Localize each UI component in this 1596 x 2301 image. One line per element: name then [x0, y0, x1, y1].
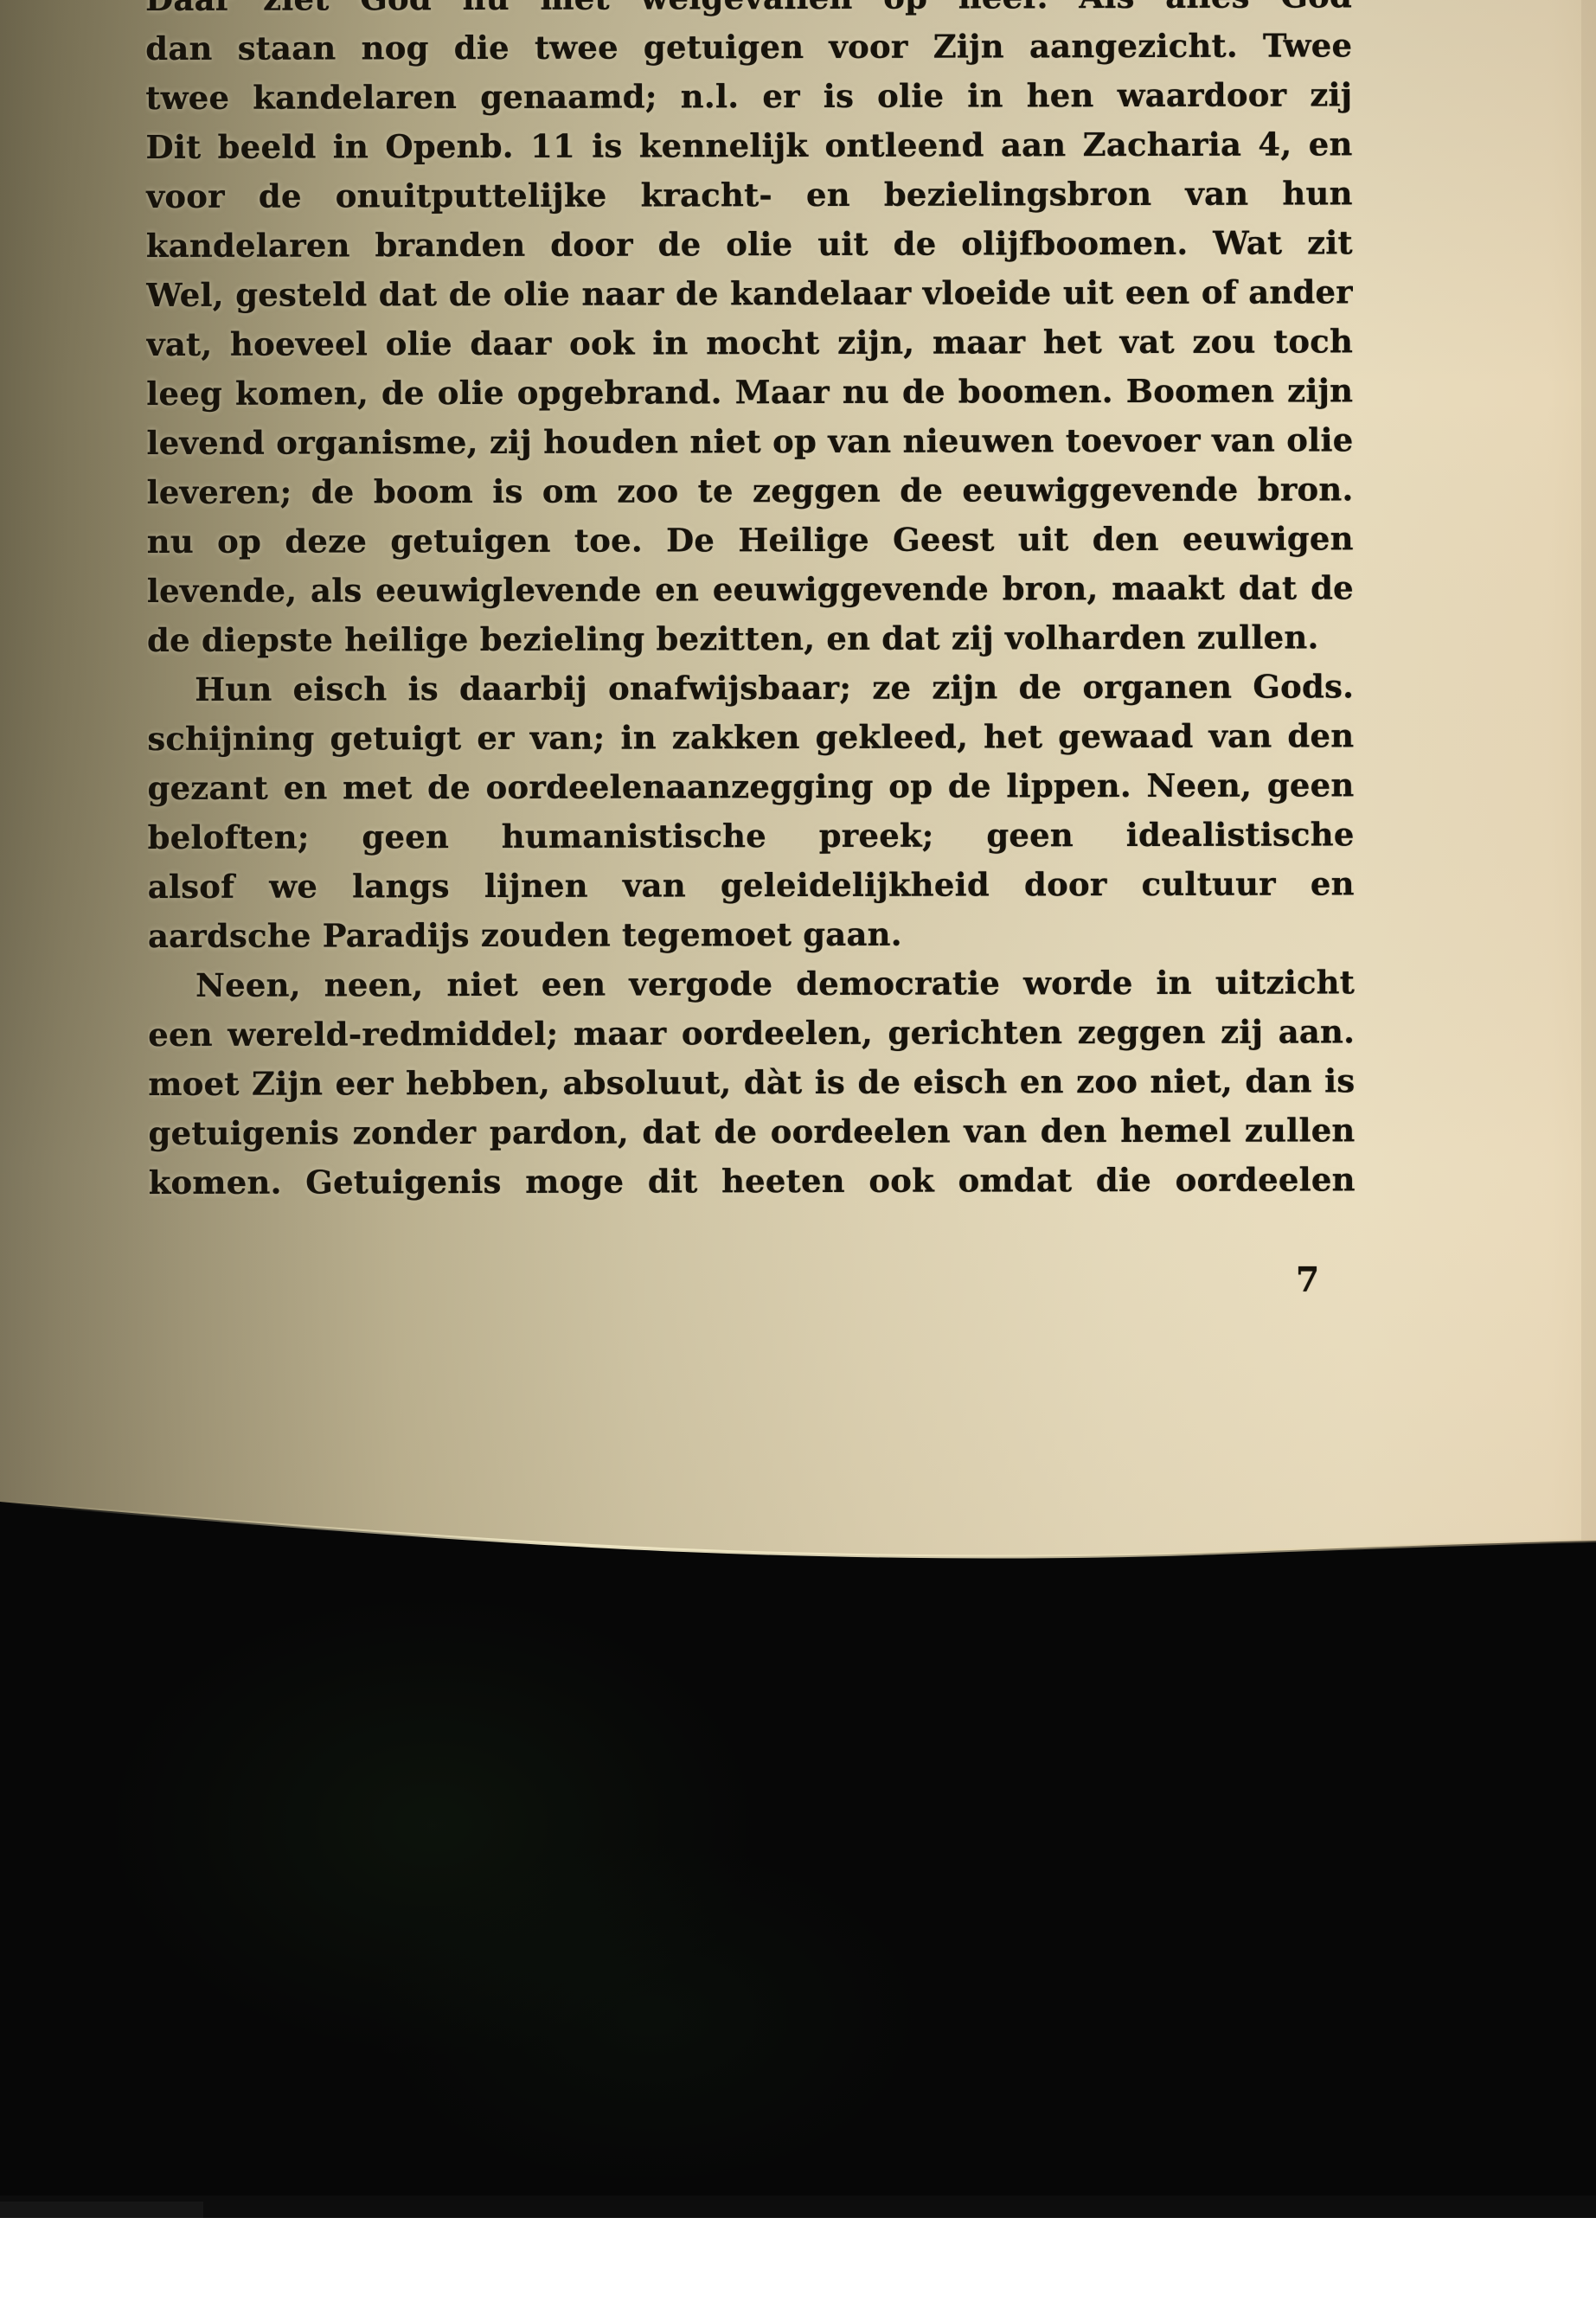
text-line: kandelaren branden door de olie uit de o…: [146, 218, 1353, 271]
text-line: Daar ziet God nu met welgevallen op neer…: [145, 0, 1352, 24]
text-line: twee kandelaren genaamd; n.l. er is olie…: [145, 70, 1352, 123]
text-line: Dit beeld in Openb. 11 is kennelijk ontl…: [145, 119, 1352, 172]
text-line: dan staan nog die twee getuigen voor Zij…: [145, 21, 1352, 74]
scan-bottom-left-patch: [0, 2202, 203, 2218]
page-number: 7: [1296, 1259, 1348, 1302]
book-page-scan: Daar ziet God nu met welgevallen op neer…: [0, 0, 1596, 2218]
text-line: een wereld-redmiddel; maar oordeelen, ge…: [148, 1007, 1355, 1060]
text-line: voor de onuitputtelijke kracht- en bezie…: [146, 169, 1353, 221]
text-line: Wel, gesteld dat de olie naar de kandela…: [146, 267, 1353, 320]
text-line: getuigenis zonder pardon, dat de oordeel…: [148, 1106, 1355, 1158]
text-line: gezant en met de oordeelenaanzegging op …: [147, 760, 1354, 813]
text-line: levende, als eeuwiglevende en eeuwiggeve…: [147, 563, 1354, 616]
text-line: leveren; de boom is om zoo te zeggen de …: [146, 465, 1353, 517]
scan-bottom-edge-strip: [0, 2195, 1596, 2218]
text-line: komen. Getuigenis moge dit heeten ook om…: [149, 1155, 1356, 1208]
text-line: Hun eisch is daarbij onafwijsbaar; ze zi…: [147, 662, 1354, 715]
text-line: nu op deze getuigen toe. De Heilige Gees…: [147, 514, 1354, 567]
text-line: beloften; geen humanistische preek; geen…: [148, 810, 1355, 862]
text-line: vat, hoeveel olie daar ook in mocht zijn…: [146, 317, 1353, 369]
text-line: Neen, neen, niet een vergode democratie …: [148, 958, 1355, 1010]
text-line: alsof we langs lijnen van geleidelijkhei…: [148, 859, 1355, 912]
text-line: moet Zijn eer hebben, absoluut, dàt is d…: [148, 1056, 1355, 1109]
text-line: levend organisme, zij houden niet op van…: [146, 415, 1353, 468]
page-text-block: Daar ziet God nu met welgevallen op neer…: [145, 0, 1356, 1208]
viewer-background: Daar ziet God nu met welgevallen op neer…: [0, 0, 1596, 2301]
text-line: schijning getuigt er van; in zakken gekl…: [147, 711, 1354, 764]
text-line: aardsche Paradijs zouden tegemoet gaan.: [148, 908, 1355, 961]
text-line: de diepste heilige bezieling bezitten, e…: [147, 612, 1354, 665]
viewer-bottom-strip: [0, 2218, 1596, 2301]
text-line: leeg komen, de olie opgebrand. Maar nu d…: [146, 366, 1353, 419]
